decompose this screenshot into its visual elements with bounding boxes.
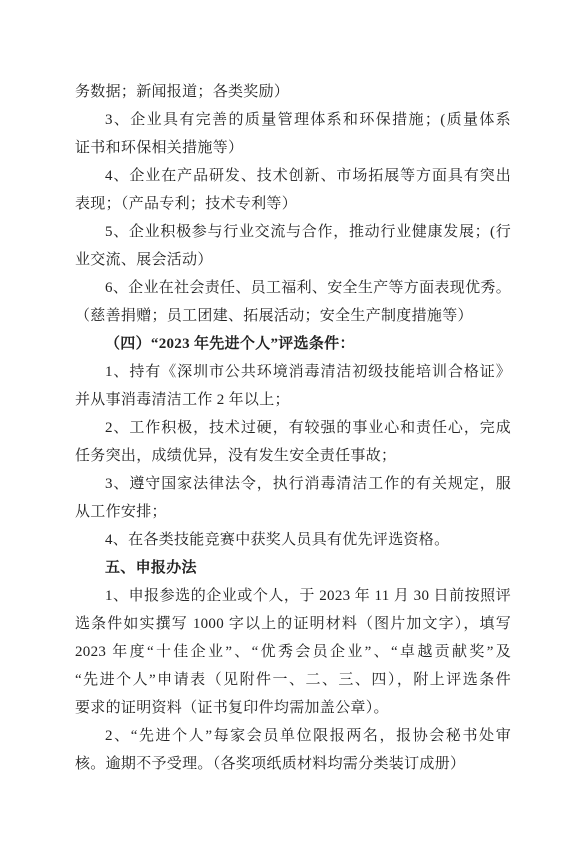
text-line: 任务突出，成绩优异，没有发生安全责任事故； [75, 442, 511, 470]
text-line: 6、企业在社会责任、员工福利、安全生产等方面表现优秀。 [75, 274, 511, 302]
paragraph: 3、企业具有完善的质量管理体系和环保措施；(质量体系证书和环保相关措施等） [75, 106, 511, 162]
text-line: 五、申报办法 [75, 554, 511, 582]
text-line: 2、工作积极，技术过硬，有较强的事业心和责任心，完成 [75, 414, 511, 442]
paragraph: 2、“先进个人”每家会员单位限报两名，报协会秘书处审核。逾期不予受理。（各奖项纸… [75, 722, 511, 778]
document-page: 务数据；新闻报道；各类奖励）3、企业具有完善的质量管理体系和环保措施；(质量体系… [0, 0, 587, 841]
paragraph: 务数据；新闻报道；各类奖励） [75, 78, 511, 106]
text-line: 要求的证明资料（证书复印件均需加盖公章）。 [75, 694, 511, 722]
text-line: 3、企业具有完善的质量管理体系和环保措施；(质量体系 [75, 106, 511, 134]
text-line: 选条件如实撰写 1000 字以上的证明材料（图片加文字），填写 [75, 610, 511, 638]
paragraph: 1、申报参选的企业或个人，于 2023 年 11 月 30 日前按照评选条件如实… [75, 582, 511, 722]
text-line: 1、申报参选的企业或个人，于 2023 年 11 月 30 日前按照评 [75, 582, 511, 610]
document-body: 务数据；新闻报道；各类奖励）3、企业具有完善的质量管理体系和环保措施；(质量体系… [75, 78, 511, 778]
text-line: 4、在各类技能竞赛中获奖人员具有优先评选资格。 [75, 526, 511, 554]
text-line: 并从事消毒清洁工作 2 年以上； [75, 386, 511, 414]
text-line: 表现；（产品专利；技术专利等） [75, 190, 511, 218]
text-line: 2023 年度“十佳企业”、“优秀会员企业”、“卓越贡献奖”及 [75, 638, 511, 666]
paragraph: 1、持有《深圳市公共环境消毒清洁初级技能培训合格证》并从事消毒清洁工作 2 年以… [75, 358, 511, 414]
text-line: 2、“先进个人”每家会员单位限报两名，报协会秘书处审 [75, 722, 511, 750]
paragraph: 3、遵守国家法律法令，执行消毒清洁工作的有关规定，服从工作安排； [75, 470, 511, 526]
text-line: 业交流、展会活动） [75, 246, 511, 274]
paragraph: 5、企业积极参与行业交流与合作，推动行业健康发展；(行业交流、展会活动） [75, 218, 511, 274]
text-line: 5、企业积极参与行业交流与合作，推动行业健康发展；(行 [75, 218, 511, 246]
paragraph: 4、在各类技能竞赛中获奖人员具有优先评选资格。 [75, 526, 511, 554]
text-line: “先进个人”申请表（见附件一、二、三、四），附上评选条件 [75, 666, 511, 694]
text-line: 核。逾期不予受理。（各奖项纸质材料均需分类装订成册） [75, 750, 511, 778]
text-line: 证书和环保相关措施等） [75, 134, 511, 162]
paragraph: 4、企业在产品研发、技术创新、市场拓展等方面具有突出表现；（产品专利；技术专利等… [75, 162, 511, 218]
paragraph: 2、工作积极，技术过硬，有较强的事业心和责任心，完成任务突出，成绩优异，没有发生… [75, 414, 511, 470]
section-heading: （四）“2023 年先进个人”评选条件： [75, 330, 511, 358]
paragraph: 6、企业在社会责任、员工福利、安全生产等方面表现优秀。（慈善捐赠；员工团建、拓展… [75, 274, 511, 330]
text-line: 从工作安排； [75, 498, 511, 526]
text-line: 1、持有《深圳市公共环境消毒清洁初级技能培训合格证》 [75, 358, 511, 386]
section-heading: 五、申报办法 [75, 554, 511, 582]
text-line: 3、遵守国家法律法令，执行消毒清洁工作的有关规定，服 [75, 470, 511, 498]
text-line: 4、企业在产品研发、技术创新、市场拓展等方面具有突出 [75, 162, 511, 190]
text-line: （四）“2023 年先进个人”评选条件： [75, 330, 511, 358]
text-line: （慈善捐赠；员工团建、拓展活动；安全生产制度措施等） [75, 302, 511, 330]
text-line: 务数据；新闻报道；各类奖励） [75, 78, 511, 106]
